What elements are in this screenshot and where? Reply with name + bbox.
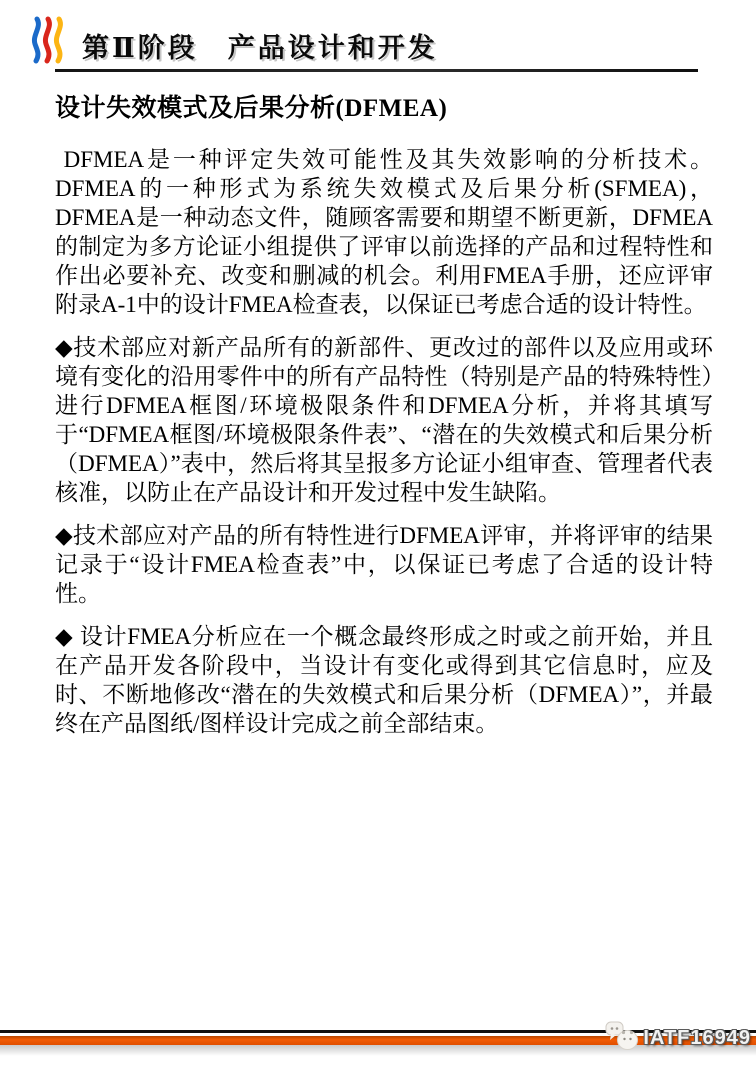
- header-stage-title: 第Ⅱ阶段 产品设计和开发: [82, 26, 438, 65]
- paragraph-dfmea-timing: ◆ 设计FMEA分析应在一个概念最终形成之时或之前开始，并且在产品开发各阶段中，…: [55, 622, 713, 738]
- paragraph-tech-dept-review: ◆技术部应对产品的所有特性进行DFMEA评审，并将评审的结果记录于“设计FMEA…: [55, 521, 713, 608]
- slide-content: 设计失效模式及后果分析(DFMEA) DFMEA是一种评定失效可能性及其失效影响…: [55, 88, 713, 752]
- page-title: 设计失效模式及后果分析(DFMEA): [55, 88, 713, 124]
- header-rule: [55, 69, 698, 72]
- chat-mascot-icon: [604, 1019, 640, 1058]
- paragraph-dfmea-intro: DFMEA是一种评定失效可能性及其失效影响的分析技术。DFMEA的一种形式为系统…: [55, 145, 713, 319]
- paragraph-tech-dept-new-parts: ◆技术部应对新产品所有的新部件、更改过的部件以及应用或环境有变化的沿用零件中的所…: [55, 333, 713, 507]
- triple-wave-logo-icon: [29, 16, 69, 64]
- slide: 第Ⅱ阶段 产品设计和开发 设计失效模式及后果分析(DFMEA) DFMEA是一种…: [0, 0, 756, 1070]
- watermark: IATF16949: [604, 1019, 751, 1057]
- watermark-text: IATF16949: [643, 1027, 751, 1050]
